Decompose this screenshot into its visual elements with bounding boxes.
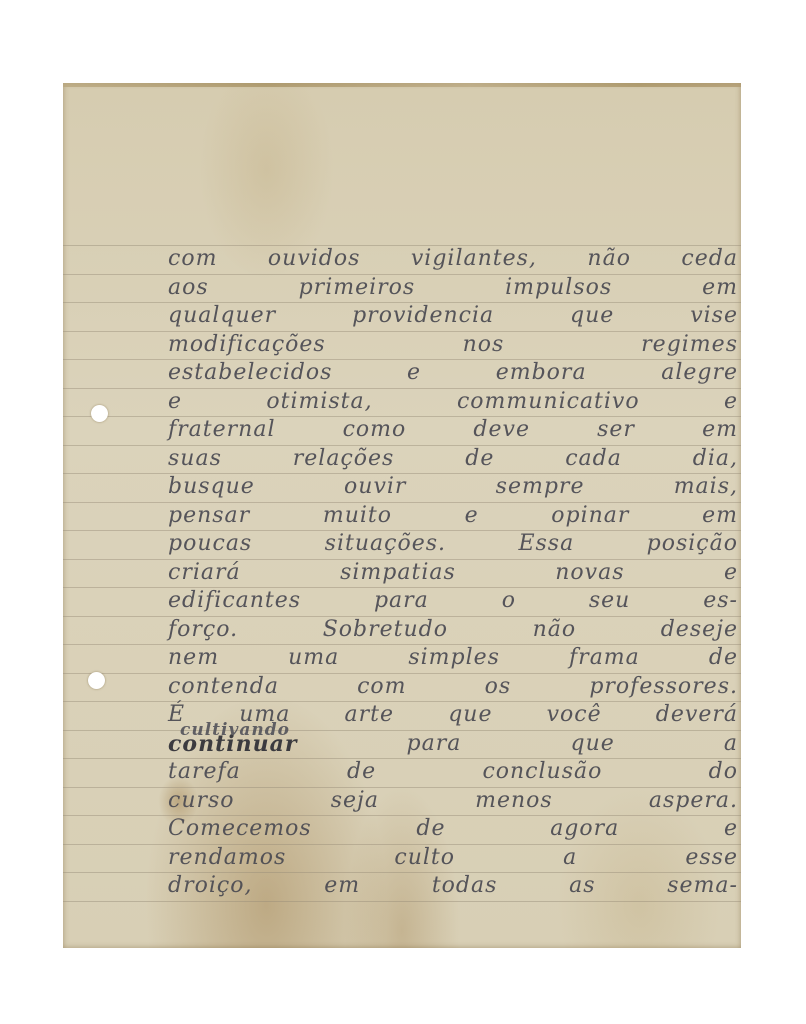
word: conclusão — [482, 758, 602, 787]
word: dia, — [693, 445, 738, 474]
word: para — [407, 730, 462, 759]
word: primeiros — [299, 274, 416, 303]
word: posição — [647, 530, 738, 559]
word: os — [485, 673, 512, 702]
word: nos — [463, 331, 505, 360]
word: em — [702, 416, 738, 445]
text-line: suas relações de cada dia, — [168, 445, 738, 474]
word: providencia — [352, 302, 494, 331]
word: e — [724, 559, 738, 588]
word: aspera. — [649, 787, 738, 816]
text-line: droiço, em todas as sema- — [168, 872, 738, 901]
word: simpatias — [340, 559, 456, 588]
word: embora — [496, 359, 587, 388]
word: ser — [597, 416, 635, 445]
paper-sheet: com ouvidos vigilantes, não ceda aos pri… — [63, 83, 741, 948]
word: aos — [168, 274, 209, 303]
text-line: busque ouvir sempre mais, — [168, 473, 738, 502]
word: todas — [432, 872, 498, 901]
word: forço. — [168, 616, 238, 645]
word: a — [724, 730, 738, 759]
word: as — [569, 872, 595, 901]
word: contenda — [168, 673, 279, 702]
word: professores. — [589, 673, 738, 702]
text-line: contenda com os professores. — [168, 673, 738, 702]
text-line: nem uma simples frama de — [168, 644, 738, 673]
word: ceda — [681, 245, 738, 274]
word: para — [374, 587, 429, 616]
word: communicativo — [457, 388, 640, 417]
word: menos — [475, 787, 553, 816]
word: sempre — [496, 473, 585, 502]
word: de — [347, 758, 376, 787]
struck-word: continuar cultivando — [168, 730, 297, 759]
word: edificantes — [168, 587, 301, 616]
word: deverá — [656, 701, 738, 730]
word: situações. — [325, 530, 446, 559]
word: alegre — [661, 359, 738, 388]
word: novas — [555, 559, 624, 588]
word: em — [702, 274, 738, 303]
word: o — [502, 587, 516, 616]
word: e — [724, 388, 738, 417]
inserted-word: cultivando — [180, 716, 290, 745]
text-line: qualquer providencia que vise — [168, 302, 738, 331]
word: opinar — [551, 502, 629, 531]
text-line: rendamos culto a esse — [168, 844, 738, 873]
word: e — [407, 359, 421, 388]
text-line: forço. Sobretudo não deseje — [168, 616, 738, 645]
text-line: estabelecidos e embora alegre — [168, 359, 738, 388]
paper-aged-edge — [63, 83, 741, 87]
word: vise — [690, 302, 738, 331]
word: criará — [168, 559, 241, 588]
word: frama — [569, 644, 640, 673]
word: simples — [408, 644, 500, 673]
word: que — [570, 302, 614, 331]
word: como — [343, 416, 407, 445]
word: nem — [168, 644, 219, 673]
handwritten-text: com ouvidos vigilantes, não ceda aos pri… — [168, 245, 738, 901]
word: esse — [685, 844, 738, 873]
word: sema- — [667, 872, 738, 901]
word: agora — [550, 815, 619, 844]
text-line: modificações nos regimes — [168, 331, 738, 360]
word: com — [357, 673, 406, 702]
word: rendamos — [168, 844, 286, 873]
word: otimista, — [266, 388, 372, 417]
word: droiço, — [168, 872, 252, 901]
word: e — [465, 502, 479, 531]
word: e — [724, 815, 738, 844]
word: seja — [331, 787, 379, 816]
word: cada — [565, 445, 622, 474]
word: mais, — [674, 473, 738, 502]
text-line: Comecemos de agora e — [168, 815, 738, 844]
word: tarefa — [168, 758, 241, 787]
text-line: curso seja menos aspera. — [168, 787, 738, 816]
text-line: e otimista, communicativo e — [168, 388, 738, 417]
word: ouvidos — [268, 245, 361, 274]
word: Essa — [518, 530, 574, 559]
word: deve — [473, 416, 530, 445]
word: impulsos — [505, 274, 612, 303]
word: Comecemos — [168, 815, 312, 844]
word: curso — [168, 787, 235, 816]
word: a — [563, 844, 577, 873]
word: deseje — [661, 616, 738, 645]
text-line: fraternal como deve ser em — [168, 416, 738, 445]
word: em — [324, 872, 360, 901]
word: pensar — [168, 502, 250, 531]
word: es- — [703, 587, 738, 616]
word: de — [709, 644, 738, 673]
word: que — [570, 730, 614, 759]
word: você — [547, 701, 602, 730]
word: muito — [323, 502, 392, 531]
word: não — [533, 616, 577, 645]
text-line-with-correction: continuar cultivando para que a — [168, 730, 738, 759]
word: estabelecidos — [168, 359, 332, 388]
word: poucas — [168, 530, 252, 559]
ruled-line — [63, 901, 741, 902]
punch-hole-top — [91, 405, 108, 422]
word: de — [416, 815, 445, 844]
word: regimes — [641, 331, 738, 360]
word: e — [168, 388, 182, 417]
text-line: criará simpatias novas e — [168, 559, 738, 588]
word: qualquer — [168, 302, 276, 331]
word: modificações — [168, 331, 326, 360]
text-line: aos primeiros impulsos em — [168, 274, 738, 303]
punch-hole-bottom — [88, 672, 105, 689]
word: busque — [168, 473, 255, 502]
word: Sobretudo — [323, 616, 448, 645]
text-line: poucas situações. Essa posição — [168, 530, 738, 559]
word: com — [168, 245, 217, 274]
text-line: pensar muito e opinar em — [168, 502, 738, 531]
word: vigilantes, — [411, 245, 537, 274]
word: de — [465, 445, 494, 474]
word: relações — [293, 445, 395, 474]
text-line: com ouvidos vigilantes, não ceda — [168, 245, 738, 274]
text-line: tarefa de conclusão do — [168, 758, 738, 787]
word: do — [709, 758, 738, 787]
word: ouvir — [344, 473, 406, 502]
word: suas — [168, 445, 222, 474]
word: que — [448, 701, 492, 730]
word: em — [702, 502, 738, 531]
word: fraternal — [168, 416, 275, 445]
word: uma — [288, 644, 339, 673]
text-line: edificantes para o seu es- — [168, 587, 738, 616]
word: seu — [589, 587, 630, 616]
word: não — [587, 245, 631, 274]
word: culto — [394, 844, 455, 873]
word: arte — [345, 701, 395, 730]
